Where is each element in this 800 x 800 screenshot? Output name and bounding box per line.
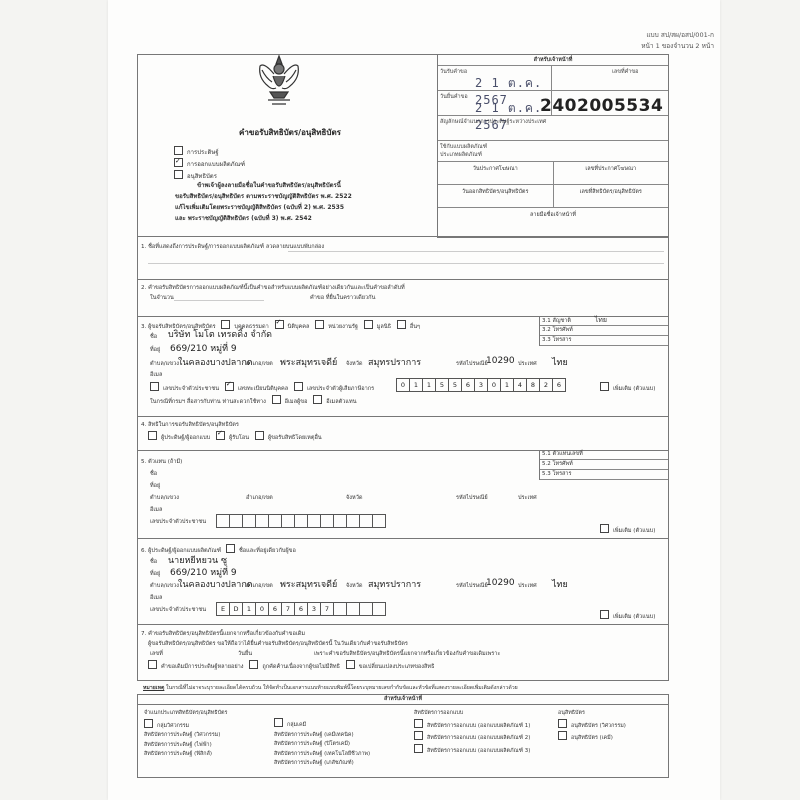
section-2-multiple: 2. คำขอรับสิทธิบัตรการออกแบบผลิตภัณฑ์นี้… <box>137 278 669 317</box>
checkbox-icon[interactable] <box>150 382 159 391</box>
section-7-divisional: 7. คำขอรับสิทธิบัตร/อนุสิทธิบัตรนี้แยกจา… <box>137 624 669 681</box>
checkbox-icon[interactable] <box>414 731 423 740</box>
section-5-agent: 5. ตัวแทน (ถ้ามี) ชื่อ ที่อยู่ ตำบล/แขวง… <box>137 450 669 539</box>
designer-id-boxes[interactable]: ED1067637 <box>216 602 386 616</box>
checkbox-icon[interactable] <box>148 660 157 669</box>
applicant-address[interactable]: 669/210 หมู่ที่ 9 <box>170 341 237 355</box>
checkbox-icon[interactable] <box>315 320 324 329</box>
staff-classification-block: สำหรับเจ้าหน้าที่ จำแนกประเภทสิทธิบัตร/อ… <box>137 694 669 778</box>
checkbox-icon[interactable] <box>313 395 322 404</box>
official-use-block: สำหรับเจ้าหน้าที่ วันรับคำขอ2 1 ต.ค. 256… <box>437 54 669 238</box>
form-code-number: แบบ สป/สผ/อสป/001-ก <box>641 30 714 41</box>
checkbox-icon[interactable] <box>558 731 567 740</box>
applicant-name[interactable]: บริษัท โมโต เทรดดิ้ง จำกัด <box>168 327 272 341</box>
checkbox-icon[interactable] <box>346 660 355 669</box>
checkbox-icon[interactable] <box>144 719 153 728</box>
checkbox-icon[interactable] <box>272 395 281 404</box>
checkbox-icon[interactable] <box>414 744 423 753</box>
section-1-title: 1. ชื่อที่แสดงถึงการประดิษฐ์/การออกแบบผล… <box>137 236 669 280</box>
section-6-designer: 6. ผู้ประดิษฐ์/ผู้ออกแบบผลิตภัณฑ์ ชื่อแล… <box>137 538 669 625</box>
type-option-design[interactable]: การออกแบบผลิตภัณฑ์ <box>174 158 245 170</box>
checkbox-icon[interactable] <box>558 719 567 728</box>
checkbox-icon[interactable] <box>600 610 609 619</box>
applicant-id-boxes[interactable]: 0115563014826 <box>396 378 566 392</box>
document-title: คำขอรับสิทธิบัตร/อนุสิทธิบัตร <box>230 126 350 139</box>
checkbox-icon[interactable] <box>414 719 423 728</box>
checkbox-icon[interactable] <box>274 718 283 727</box>
declaration-text: ข้าพเจ้าผู้ลงลายมือชื่อในคำขอรับสิทธิบัต… <box>175 180 352 224</box>
application-number: 2402005534 <box>540 96 663 116</box>
applicant-contact-box: 3.1 สัญชาติ ไทย 3.2 โทรศัพท์ 3.3 โทรสาร <box>539 316 668 346</box>
checkbox-icon[interactable] <box>397 320 406 329</box>
checkbox-icon[interactable] <box>600 524 609 533</box>
checkbox-icon[interactable] <box>255 431 264 440</box>
checkbox-icon[interactable] <box>148 431 157 440</box>
officer-signature: ลายมือชื่อเจ้าหน้าที่ <box>438 208 668 219</box>
checkbox-checked-icon[interactable] <box>275 320 284 329</box>
checkbox-checked-icon[interactable] <box>225 382 234 391</box>
official-header: สำหรับเจ้าหน้าที่ <box>438 55 668 66</box>
checkbox-icon[interactable] <box>294 382 303 391</box>
checkbox-icon[interactable] <box>600 382 609 391</box>
section-4-rights: 4. สิทธิในการขอรับสิทธิบัตร/อนุสิทธิบัตร… <box>137 416 669 451</box>
checkbox-checked-icon[interactable] <box>174 158 183 167</box>
checkbox-icon[interactable] <box>226 544 235 553</box>
garuda-emblem-icon <box>254 52 304 108</box>
footnote: หมายเหตุ ในกรณีที่ไม่อาจระบุรายละเอียดได… <box>143 684 518 692</box>
form-code: แบบ สป/สผ/อสป/001-ก หน้า 1 ของจำนวน 2 หน… <box>641 30 714 52</box>
form-page-number: หน้า 1 ของจำนวน 2 หน้า <box>641 41 714 52</box>
checkbox-icon[interactable] <box>174 170 183 179</box>
checkbox-checked-icon[interactable] <box>216 431 225 440</box>
checkbox-icon[interactable] <box>249 660 258 669</box>
agent-id-boxes[interactable] <box>216 514 386 528</box>
section-3-applicant: 3. ผู้ขอรับสิทธิบัตร/อนุสิทธิบัตร บุคคลธ… <box>137 316 669 417</box>
application-type-options: การประดิษฐ์ การออกแบบผลิตภัณฑ์ อนุสิทธิบ… <box>174 146 245 182</box>
checkbox-icon[interactable] <box>174 146 183 155</box>
agent-contact-box: 5.1 ตัวแทนเลขที่ 5.2 โทรศัพท์ 5.3 โทรสาร <box>539 450 668 480</box>
type-option-invention[interactable]: การประดิษฐ์ <box>174 146 245 158</box>
checkbox-icon[interactable] <box>364 320 373 329</box>
design-title[interactable]: ลวดลายบนแบบพับกล่อง <box>266 244 324 250</box>
